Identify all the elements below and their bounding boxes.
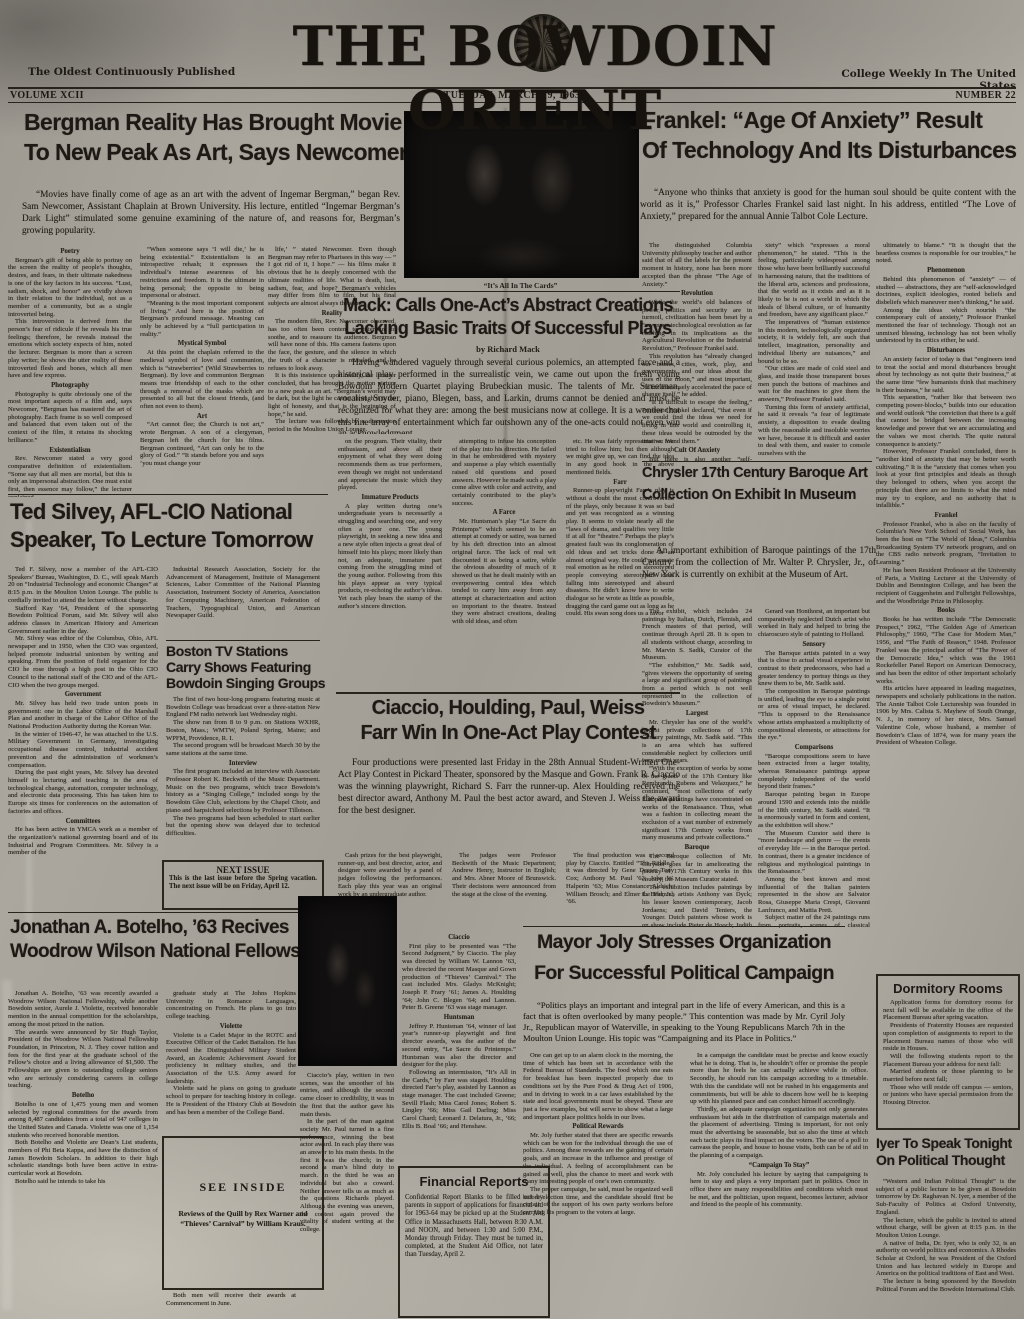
paragraph: Application forms for dormitory rooms fo… bbox=[883, 999, 1013, 1022]
frankel-column-3: ultimately to blame.” “It is thought tha… bbox=[876, 242, 1016, 968]
paragraph: Behind this phenomenon of “anxiety” — of… bbox=[876, 276, 1016, 307]
joly-headline-line2: For Successful Political Campaign bbox=[523, 963, 845, 984]
boston-headline-line1: Boston TV Stations bbox=[166, 644, 320, 659]
paragraph: Following an intermission, “It’s All in … bbox=[402, 1069, 516, 1131]
dormitory-text: Application forms for dormitory rooms fo… bbox=[878, 996, 1018, 1121]
paragraph: “Baroque compositions seem to have been … bbox=[758, 753, 870, 792]
column-subhead: “Campaign To Stay” bbox=[690, 1162, 868, 1170]
divider bbox=[8, 494, 328, 495]
photo-caption: “It’s All In The Cards” bbox=[404, 281, 637, 290]
theater-photo bbox=[298, 896, 397, 1066]
oneact-headline-line1: Ciaccio, Houlding, Paul, Weiss bbox=[336, 698, 680, 719]
paragraph: “Meaning is the most important component… bbox=[140, 300, 264, 339]
column-subhead: Photography bbox=[8, 382, 132, 390]
paragraph: During the past eight years, Mr. Silvey … bbox=[8, 769, 158, 815]
iyer-column-1: “Western and Indian Political Thought” i… bbox=[876, 1178, 1016, 1316]
paragraph: graduate study at The Johns Hopkins Univ… bbox=[166, 990, 296, 1021]
silvey-column-1: Ted F. Silvey, now a member of the AFL-C… bbox=[8, 566, 158, 906]
paragraph: Jonathan A. Botelho, ’63 was recently aw… bbox=[8, 990, 158, 1029]
see-inside-text: Reviews of the Quill by Rex Warner and “… bbox=[164, 1209, 322, 1228]
paragraph: The proper campaign, he said, must be or… bbox=[523, 1186, 673, 1217]
iyer-headline-line2: On Political Thought bbox=[876, 1153, 1018, 1168]
divider bbox=[336, 692, 680, 694]
paragraph: First play to be presented was “The Seco… bbox=[402, 943, 516, 1012]
frankel-column-2: xiety” which “expresses a moral phenomen… bbox=[758, 242, 870, 462]
paragraph: Ted F. Silvey, now a member of the AFL-C… bbox=[8, 566, 158, 605]
paragraph: The composition in Baroque paintings is … bbox=[758, 688, 870, 742]
paragraph: Gerard van Honthorst, an important but c… bbox=[758, 608, 870, 639]
paragraph: The Baroque artists painted in a way tha… bbox=[758, 650, 870, 689]
paragraph: The lecture is being sponsored by the Bo… bbox=[876, 1278, 1016, 1293]
oneact-lede: Four productions were presented last Fri… bbox=[338, 758, 680, 848]
mack-lede: Having wandered vaguely through several … bbox=[338, 358, 680, 434]
divider bbox=[336, 291, 680, 292]
oneact-continuation-column: CiaccioFirst play to be presented was “T… bbox=[402, 932, 516, 1160]
divider bbox=[166, 640, 320, 641]
paragraph: “Western and Indian Political Thought” i… bbox=[876, 1178, 1016, 1217]
paragraph: Mr. Joly concluded his lecture by saying… bbox=[690, 1171, 868, 1210]
paragraph: Photography is quite obviously one of th… bbox=[8, 391, 132, 445]
column-subhead: Frankel bbox=[876, 512, 1016, 520]
column-subhead: Government bbox=[8, 691, 158, 699]
paragraph: The awards were announced by Sir Hugh Ta… bbox=[8, 1029, 158, 1091]
paragraph: on the program. Their vitality, their en… bbox=[338, 438, 442, 492]
divider bbox=[523, 926, 845, 927]
column-subhead: Art bbox=[140, 413, 264, 421]
paragraph: The final production was a second play b… bbox=[566, 852, 674, 906]
paragraph: In a campaign the candidate must be prec… bbox=[690, 1052, 868, 1106]
next-issue-title: NEXT ISSUE bbox=[164, 865, 322, 875]
paragraph: The lecture, which the public is invited… bbox=[876, 1217, 1016, 1240]
column-subhead: Committees bbox=[8, 818, 158, 826]
divider bbox=[8, 912, 334, 913]
mack-byline: by Richard Mack bbox=[336, 344, 680, 354]
oneact-column-2: The judges were Professor Beckwith of th… bbox=[452, 852, 556, 924]
paragraph: Thirdly, an adequate campaign organizati… bbox=[690, 1106, 868, 1160]
paragraph: The two programs had been scheduled to s… bbox=[166, 815, 320, 838]
column-subhead: Political Rewards bbox=[523, 1123, 673, 1131]
botelho-headline-line1: Jonathan A. Botelho, ’63 Recives bbox=[10, 918, 289, 938]
bergman-lede: “Movies have finally come of age as an a… bbox=[22, 190, 400, 244]
column-subhead: Interview bbox=[166, 760, 320, 768]
paragraph: The exhibit, which includes 24 paintings… bbox=[642, 608, 752, 662]
paragraph: At this point the chaplain referred to t… bbox=[140, 349, 264, 411]
column-subhead: Existentialism bbox=[8, 447, 132, 455]
paragraph: Those who will reside off campus — senio… bbox=[883, 1084, 1013, 1107]
silvey-headline-line1: Ted Silvey, AFL-CIO National bbox=[10, 500, 292, 523]
paragraph: The show ran from 8 to 9 p.m. on Station… bbox=[166, 719, 320, 742]
paragraph: Presidents of Fraternity Houses are requ… bbox=[883, 1022, 1013, 1053]
paragraph: The first of two hour-long programs feat… bbox=[166, 696, 320, 719]
paragraph: Among the ideas which nourish “the conte… bbox=[876, 307, 1016, 346]
paragraph: Bergman’s gift of being able to portray … bbox=[8, 257, 132, 319]
paragraph: His articles have appeared in leading ma… bbox=[876, 685, 1016, 747]
boston-column-1: The first of two hour-long programs feat… bbox=[166, 696, 320, 856]
boston-headline-line3: Bowdoin Singing Groups bbox=[166, 676, 320, 691]
mack-headline-line2: Lacking Basic Traits Of Successful Plays bbox=[336, 319, 680, 338]
paragraph: Cash prizes for the best playwright, run… bbox=[338, 852, 442, 898]
masthead-title: THE BOWDOIN ORIENT bbox=[215, 14, 855, 142]
botelho-column-2-after: Both men will receive their awards at Co… bbox=[166, 1292, 296, 1316]
paragraph: Mr. Silvey was editor of the Columbus, O… bbox=[8, 635, 158, 689]
column-subhead: Botelho bbox=[8, 1092, 158, 1100]
column-subhead: Phenomenon bbox=[876, 267, 1016, 275]
paragraph: ultimately to blame.” “It is thought tha… bbox=[876, 242, 1016, 265]
paragraph: Botelho said he intends to take his bbox=[8, 1178, 158, 1186]
paragraph: Industrial Research Association, Society… bbox=[166, 566, 320, 620]
frankel-lede: “Anyone who thinks that anxiety is good … bbox=[640, 188, 1016, 238]
paragraph: Turning this form of anxiety artificial,… bbox=[758, 404, 870, 458]
chrysler-column-2: Gerard van Honthorst, an important but c… bbox=[758, 608, 870, 928]
mack-column-1: on the program. Their vitality, their en… bbox=[338, 438, 442, 694]
oneact-headline-line2: Farr Win In One-Act Play Contest bbox=[336, 723, 680, 744]
column-subhead: A Farce bbox=[452, 509, 556, 517]
mack-headline-line1: Mack: Calls One-Act’s Abstract Creations bbox=[336, 296, 680, 315]
see-inside-title: SEE INSIDE bbox=[164, 1180, 322, 1195]
paragraph: attempting to infuse his conception of t… bbox=[452, 438, 556, 507]
oneact-column-3: The final production was a second play b… bbox=[566, 852, 674, 924]
paragraph: A play written during one’s undergraduat… bbox=[338, 503, 442, 611]
column-subhead: Comparisons bbox=[758, 744, 870, 752]
masthead-number: NUMBER 22 bbox=[876, 90, 1016, 101]
column-subhead: Ciaccio bbox=[402, 934, 516, 942]
bergman-column-1: PoetryBergman’s gift of being able to po… bbox=[8, 246, 132, 497]
paragraph: The distinguished Columbia University ph… bbox=[642, 242, 752, 288]
paragraph: “Art cannot flee; the Church is not art,… bbox=[140, 421, 264, 467]
joly-column-2: In a campaign the candidate must be prec… bbox=[690, 1052, 868, 1316]
paragraph: Married students or those planning to be… bbox=[883, 1068, 1013, 1083]
paragraph: Professor Frankel, who is also on the fa… bbox=[876, 521, 1016, 567]
column-subhead: Huntsman bbox=[402, 1014, 516, 1022]
paragraph: He has been active in YMCA work as a mem… bbox=[8, 826, 158, 857]
paragraph: The second program will be broadcast Mar… bbox=[166, 742, 320, 757]
iyer-headline-line1: Iyer To Speak Tonight bbox=[876, 1136, 1018, 1151]
paragraph: A native of India, Dr. Iyer, who is only… bbox=[876, 1240, 1016, 1279]
paragraph: Books he has written include “The Democr… bbox=[876, 616, 1016, 685]
paragraph: Ciaccio’s play, written in two scenes, w… bbox=[300, 1072, 394, 1118]
paragraph: Mr. Silvey has held two trade union post… bbox=[8, 700, 158, 731]
newspaper-page: The Oldest Continuously Published THE BO… bbox=[0, 0, 1024, 1319]
paragraph: The Museum Curator said there is “more l… bbox=[758, 830, 870, 876]
boston-headline-line2: Carry Shows Featuring bbox=[166, 660, 320, 675]
paragraph: Both Botelho and Violette are Dean’s Lis… bbox=[8, 1139, 158, 1178]
paragraph: Violette said he plans on going to gradu… bbox=[166, 1085, 296, 1116]
paragraph: Rev. Newcomer stated a very good compara… bbox=[8, 455, 132, 497]
paragraph: “When someone says ‘I will die,’ he is b… bbox=[140, 246, 264, 300]
dormitory-rooms-box: Dormitory Rooms Application forms for do… bbox=[876, 974, 1020, 1130]
chrysler-headline-line2: Collection On Exhibit In Museum bbox=[642, 488, 878, 503]
bergman-column-2: “When someone says ‘I will die,’ he is b… bbox=[140, 246, 264, 497]
paragraph: Jeffrey P. Huntsman ’64, winner of last … bbox=[402, 1023, 516, 1069]
column-subhead: Disturbances bbox=[876, 347, 1016, 355]
paragraph: Violette is a Cadet Major in the ROTC an… bbox=[166, 1032, 296, 1086]
paragraph: Will the following students report to th… bbox=[883, 1053, 1013, 1068]
paragraph: The judges were Professor Beckwith of th… bbox=[452, 852, 556, 898]
paragraph: An anxiety factor of today is that “engi… bbox=[876, 356, 1016, 395]
column-subhead: Immature Products bbox=[338, 494, 442, 502]
chrysler-lede: An important exhibition of Baroque paint… bbox=[642, 546, 876, 604]
botelho-headline-line2: Woodrow Wilson National Fellowship bbox=[10, 942, 327, 962]
column-subhead: Poetry bbox=[8, 248, 132, 256]
column-subhead: Mystical Symbol bbox=[140, 340, 264, 348]
paragraph: Stafford Kay ’64, President of the spons… bbox=[8, 605, 158, 636]
paragraph: He has been Resident Professor at the Un… bbox=[876, 567, 1016, 606]
masthead-volume: VOLUME XCII bbox=[10, 90, 84, 101]
paragraph: The imperatives of “human existence in t… bbox=[758, 319, 870, 365]
paragraph: Mr. Joly further stated that there are s… bbox=[523, 1132, 673, 1186]
silvey-column-2: Industrial Research Association, Society… bbox=[166, 566, 320, 636]
paragraph: However, Professor Frankel concluded, th… bbox=[876, 448, 1016, 510]
oneact-review-column: Ciaccio’s play, written in two scenes, w… bbox=[300, 1072, 394, 1316]
bergman-headline-line2: To New Peak As Art, Says Newcomer bbox=[24, 140, 407, 164]
joly-lede: “Politics plays an important and integra… bbox=[523, 1000, 845, 1048]
divider bbox=[642, 461, 872, 462]
mack-column-2: attempting to infuse his conception of t… bbox=[452, 438, 556, 694]
paragraph: In the winter of 1946-47, he was attache… bbox=[8, 731, 158, 770]
botelho-column-1: Jonathan A. Botelho, ’63 was recently aw… bbox=[8, 990, 158, 1316]
paragraph: One can get up to an alarm clock in the … bbox=[523, 1052, 673, 1121]
paragraph: “Our cities are made of cold steel and g… bbox=[758, 365, 870, 404]
next-issue-text: This is the last issue before the Spring… bbox=[164, 875, 322, 891]
paragraph: Baroque painting began in Europe around … bbox=[758, 791, 870, 830]
joly-column-1: One can get up to an alarm clock in the … bbox=[523, 1052, 673, 1316]
column-subhead: Violette bbox=[166, 1023, 296, 1031]
paragraph: Among the best known and most influentia… bbox=[758, 876, 870, 915]
paragraph: This introversion is derived from the pe… bbox=[8, 318, 132, 380]
silvey-headline-line2: Speaker, To Lecture Tomorrow bbox=[10, 528, 313, 551]
column-subhead: Books bbox=[876, 607, 1016, 615]
paragraph: Both men will receive their awards at Co… bbox=[166, 1292, 296, 1307]
dormitory-title: Dormitory Rooms bbox=[878, 981, 1018, 996]
joly-headline-line1: Mayor Joly Stresses Organization bbox=[523, 932, 845, 953]
paragraph: Botelho is one of 1,475 young men and wo… bbox=[8, 1101, 158, 1140]
paragraph: xiety” which “expresses a moral phenomen… bbox=[758, 242, 870, 319]
paragraph: Mr. Huntsman’s play “Le Sacre du Printem… bbox=[452, 518, 556, 626]
paragraph: This separation, “rather like that betwe… bbox=[876, 394, 1016, 448]
paragraph: In the part of the man against society M… bbox=[300, 1118, 394, 1234]
paragraph: The first program included an interview … bbox=[166, 768, 320, 814]
column-subhead: Sensory bbox=[758, 641, 870, 649]
botelho-column-2: graduate study at The Johns Hopkins Univ… bbox=[166, 990, 296, 1132]
chrysler-headline-line1: Chrysler 17th Century Baroque Art bbox=[642, 466, 878, 481]
